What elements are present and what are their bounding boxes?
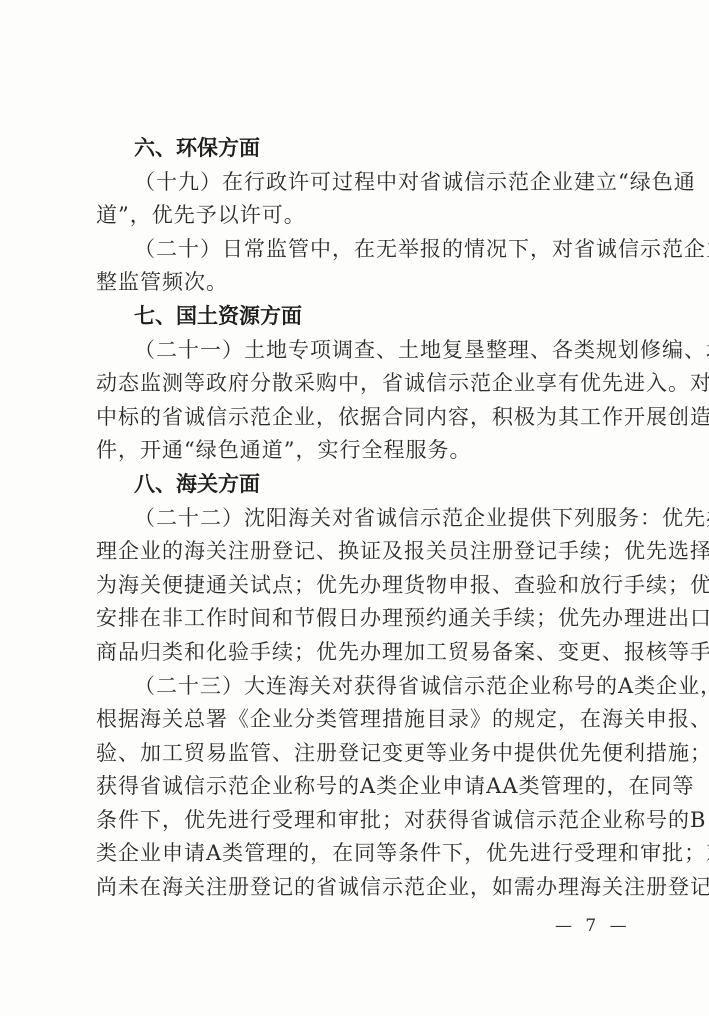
document-page: 六、环保方面 （十九）在行政许可过程中对省诚信示范企业建立“绿色通 道”，优先予… [96,132,624,905]
page-number: — 7 — [555,916,631,936]
paragraph-line: 类企业申请A类管理的，在同等条件下，优先进行受理和审批；对 [96,837,624,871]
paragraph-line: 验、加工贸易监管、注册登记变更等业务中提供优先便利措施；对 [96,737,624,771]
paragraph-line: 整监管频次。 [96,266,624,300]
paragraph-line: 尚未在海关注册登记的省诚信示范企业，如需办理海关注册登记 [96,871,624,905]
paragraph-line: 安排在非工作时间和节假日办理预约通关手续；优先办理进出口 [96,602,624,636]
paragraph-line: 条件下，优先进行受理和审批；对获得省诚信示范企业称号的B [96,804,624,838]
paragraph-line: 动态监测等政府分散采购中，省诚信示范企业享有优先进入。对 [96,367,624,401]
paragraph-line: 获得省诚信示范企业称号的A类企业申请AA类管理的，在同等 [96,770,624,804]
section-heading-environment: 六、环保方面 [96,132,624,166]
paragraph-line: 根据海关总署《企业分类管理措施目录》的规定，在海关申报、查 [96,703,624,737]
paragraph-line: 为海关便捷通关试点；优先办理货物申报、查验和放行手续；优先 [96,569,624,603]
paragraph-line: （二十一）土地专项调查、土地复垦整理、各类规划修编、地价 [96,334,624,368]
paragraph-line: 道”，优先予以许可。 [96,199,624,233]
paragraph-line: （二十二）沈阳海关对省诚信示范企业提供下列服务：优先办 [96,502,624,536]
paragraph-line: （二十）日常监管中，在无举报的情况下，对省诚信示范企业调 [96,233,624,267]
paragraph-line: 中标的省诚信示范企业，依据合同内容，积极为其工作开展创造条 [96,401,624,435]
paragraph-line: 商品归类和化验手续；优先办理加工贸易备案、变更、报核等手续。 [96,636,624,670]
section-heading-land-resources: 七、国土资源方面 [96,300,624,334]
section-heading-customs: 八、海关方面 [96,468,624,502]
paragraph-line: （十九）在行政许可过程中对省诚信示范企业建立“绿色通 [96,166,624,200]
paragraph-line: 理企业的海关注册登记、换证及报关员注册登记手续；优先选择作 [96,535,624,569]
paragraph-line: （二十三）大连海关对获得省诚信示范企业称号的A类企业， [96,670,624,704]
paragraph-line: 件，开通“绿色通道”，实行全程服务。 [96,434,624,468]
